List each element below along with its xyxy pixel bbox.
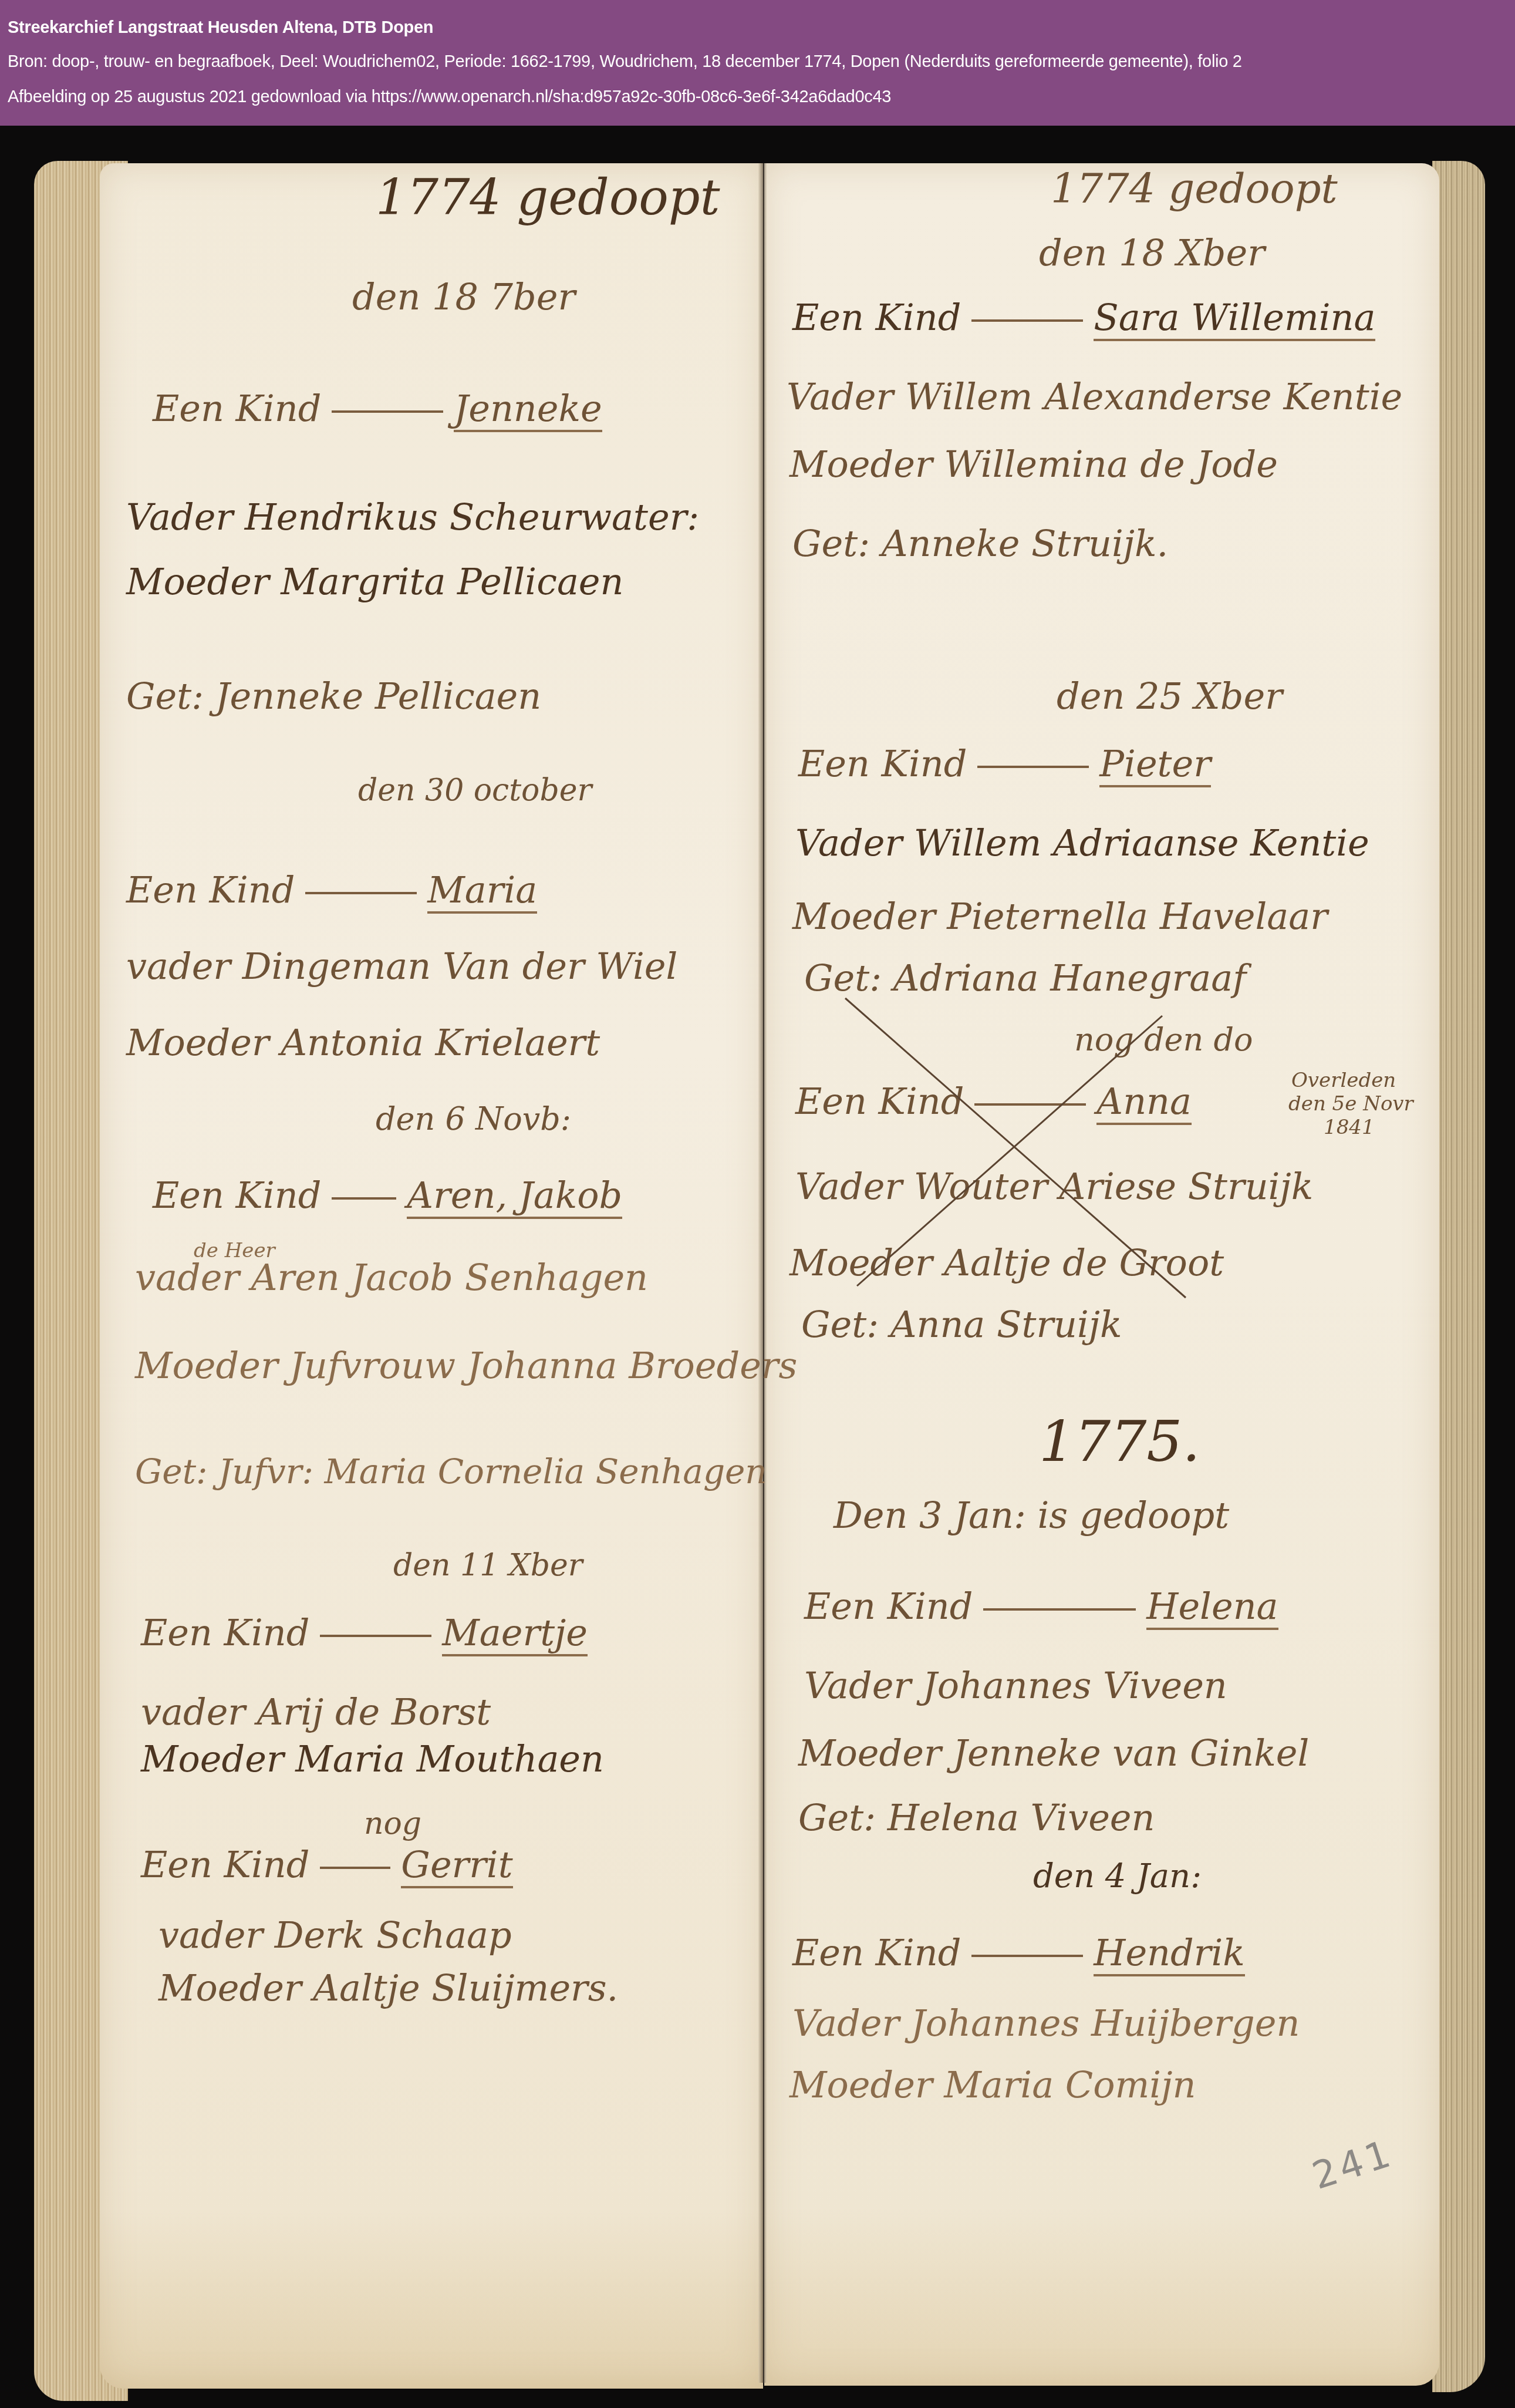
death-note-line: Overleden <box>1291 1069 1396 1092</box>
book-gutter <box>758 163 767 2383</box>
entry-date: den 11 Xber <box>393 1544 583 1587</box>
child-name: Gerrit <box>401 1843 512 1888</box>
father-line: vader Aren Jacob Senhagen <box>135 1257 648 1299</box>
father-line: Vader Wouter Ariese Struijk <box>795 1166 1313 1208</box>
godparent-line: Get: Anneke Struijk. <box>792 523 1168 565</box>
mother-line: Moeder Antonia Krielaert <box>126 1022 600 1064</box>
entry-date: Den 3 Jan: is gedoopt <box>834 1494 1229 1537</box>
mother-line: Moeder Jufvrouw Johanna Broeders <box>135 1345 797 1387</box>
father-line: Vader Johannes Huijbergen <box>792 2002 1300 2045</box>
dash-rule <box>983 1608 1136 1611</box>
kind-label: Een Kind <box>792 296 961 339</box>
child-name: Hendrik <box>1094 1931 1244 1976</box>
baptism-entry-child-line: Een KindJenneke <box>153 388 602 430</box>
entry-date: den 18 7ber <box>352 276 575 318</box>
godparent-line: Get: Anna Struijk <box>801 1304 1122 1346</box>
entry-date: den 6 Novb: <box>376 1098 571 1140</box>
mother-line: Moeder Pieternella Havelaar <box>792 895 1328 938</box>
child-name: Helena <box>1146 1585 1278 1630</box>
right-page-stack <box>1432 161 1485 2392</box>
baptism-entry-child-line: Een KindMaria <box>126 869 537 911</box>
kind-label: Een Kind <box>153 387 321 430</box>
kind-label: Een Kind <box>792 1931 961 1974</box>
dash-rule <box>332 1197 396 1200</box>
death-note-line: den 5e Novr <box>1288 1092 1413 1116</box>
godparent-line: Get: Helena Viveen <box>798 1797 1155 1839</box>
mother-line: Moeder Aaltje de Groot <box>789 1242 1224 1284</box>
dash-rule <box>974 1103 1086 1106</box>
godparent-line: Get: Jufvr: Maria Cornelia Senhagen <box>135 1450 767 1493</box>
right-year-heading: 1774 gedoopt <box>1051 167 1338 210</box>
baptism-entry-child-line: Een KindPieter <box>798 743 1211 785</box>
dash-rule <box>332 410 443 413</box>
father-line: Vader Willem Adriaanse Kentie <box>795 822 1369 864</box>
baptism-entry-child-line: Een KindSara Willemina <box>792 297 1375 339</box>
mother-line: Moeder Maria Comijn <box>789 2064 1196 2106</box>
mother-line: Moeder Jenneke van Ginkel <box>798 1732 1309 1774</box>
archive-header: Streekarchief Langstraat Heusden Altena,… <box>0 0 1515 126</box>
dash-rule <box>320 1867 390 1869</box>
baptism-entry-child-line: Een KindAren, Jakob <box>153 1174 622 1217</box>
baptism-entry-child-line-crossed: Een KindAnna <box>795 1080 1192 1123</box>
father-line: vader Dingeman Van der Wiel <box>126 945 677 988</box>
baptism-entry-child-line: Een KindHelena <box>804 1585 1278 1628</box>
baptism-entry-child-line: Een KindHendrik <box>792 1932 1245 1974</box>
entry-date: den 30 october <box>358 769 592 811</box>
dash-rule <box>971 319 1083 322</box>
father-line: Vader Willem Alexanderse Kentie <box>787 376 1402 418</box>
left-year-heading: 1774 gedoopt <box>376 176 720 218</box>
kind-label: Een Kind <box>804 1585 973 1628</box>
entry-date: nog <box>364 1803 421 1845</box>
entry-date: den 4 Jan: <box>1033 1855 1202 1898</box>
kind-label: Een Kind <box>126 868 295 911</box>
dash-rule <box>305 892 417 894</box>
child-name: Anna <box>1096 1080 1192 1125</box>
father-line: vader Arij de Borst <box>141 1691 491 1733</box>
child-name: Maria <box>427 868 537 914</box>
child-name: Aren, Jakob <box>407 1174 622 1219</box>
kind-label: Een Kind <box>153 1174 321 1217</box>
dash-rule <box>977 766 1089 768</box>
child-name: Jenneke <box>454 387 602 432</box>
mother-line: Moeder Willemina de Jode <box>789 443 1278 486</box>
entry-date: den 18 Xber <box>1039 232 1265 274</box>
child-name: Pieter <box>1099 742 1210 787</box>
source-description: Bron: doop-, trouw- en begraafboek, Deel… <box>8 50 1515 73</box>
kind-label: Een Kind <box>798 742 967 785</box>
mother-line: Moeder Aaltje Sluijmers. <box>158 1967 618 2009</box>
father-line: vader Derk Schaap <box>158 1914 512 1956</box>
child-name: Sara Willemina <box>1094 296 1375 341</box>
download-notice: Afbeelding op 25 augustus 2021 gedownloa… <box>8 86 1515 108</box>
baptism-entry-child-line: Een KindGerrit <box>141 1844 513 1886</box>
archive-title: Streekarchief Langstraat Heusden Altena,… <box>8 16 1515 39</box>
death-note-line: 1841 <box>1324 1116 1375 1139</box>
entry-date: nog den do <box>1074 1019 1253 1061</box>
kind-label: Een Kind <box>795 1080 964 1123</box>
mother-line: Moeder Maria Mouthaen <box>141 1738 604 1780</box>
entry-date: den 25 Xber <box>1057 675 1283 718</box>
dash-rule <box>971 1955 1083 1957</box>
child-name: Maertje <box>442 1611 588 1656</box>
kind-label: Een Kind <box>141 1611 309 1654</box>
kind-label: Een Kind <box>141 1843 309 1886</box>
godparent-line: Get: Jenneke Pellicaen <box>126 675 541 718</box>
godparent-line: Get: Adriana Hanegraaf <box>804 957 1246 999</box>
father-line: Vader Hendrikus Scheurwater: <box>126 496 699 538</box>
mother-line: Moeder Margrita Pellicaen <box>126 561 623 603</box>
year-1775-heading: 1775. <box>1039 1409 1200 1474</box>
father-line: Vader Johannes Viveen <box>804 1665 1227 1707</box>
baptism-entry-child-line: Een KindMaertje <box>141 1612 588 1654</box>
dash-rule <box>320 1635 431 1637</box>
